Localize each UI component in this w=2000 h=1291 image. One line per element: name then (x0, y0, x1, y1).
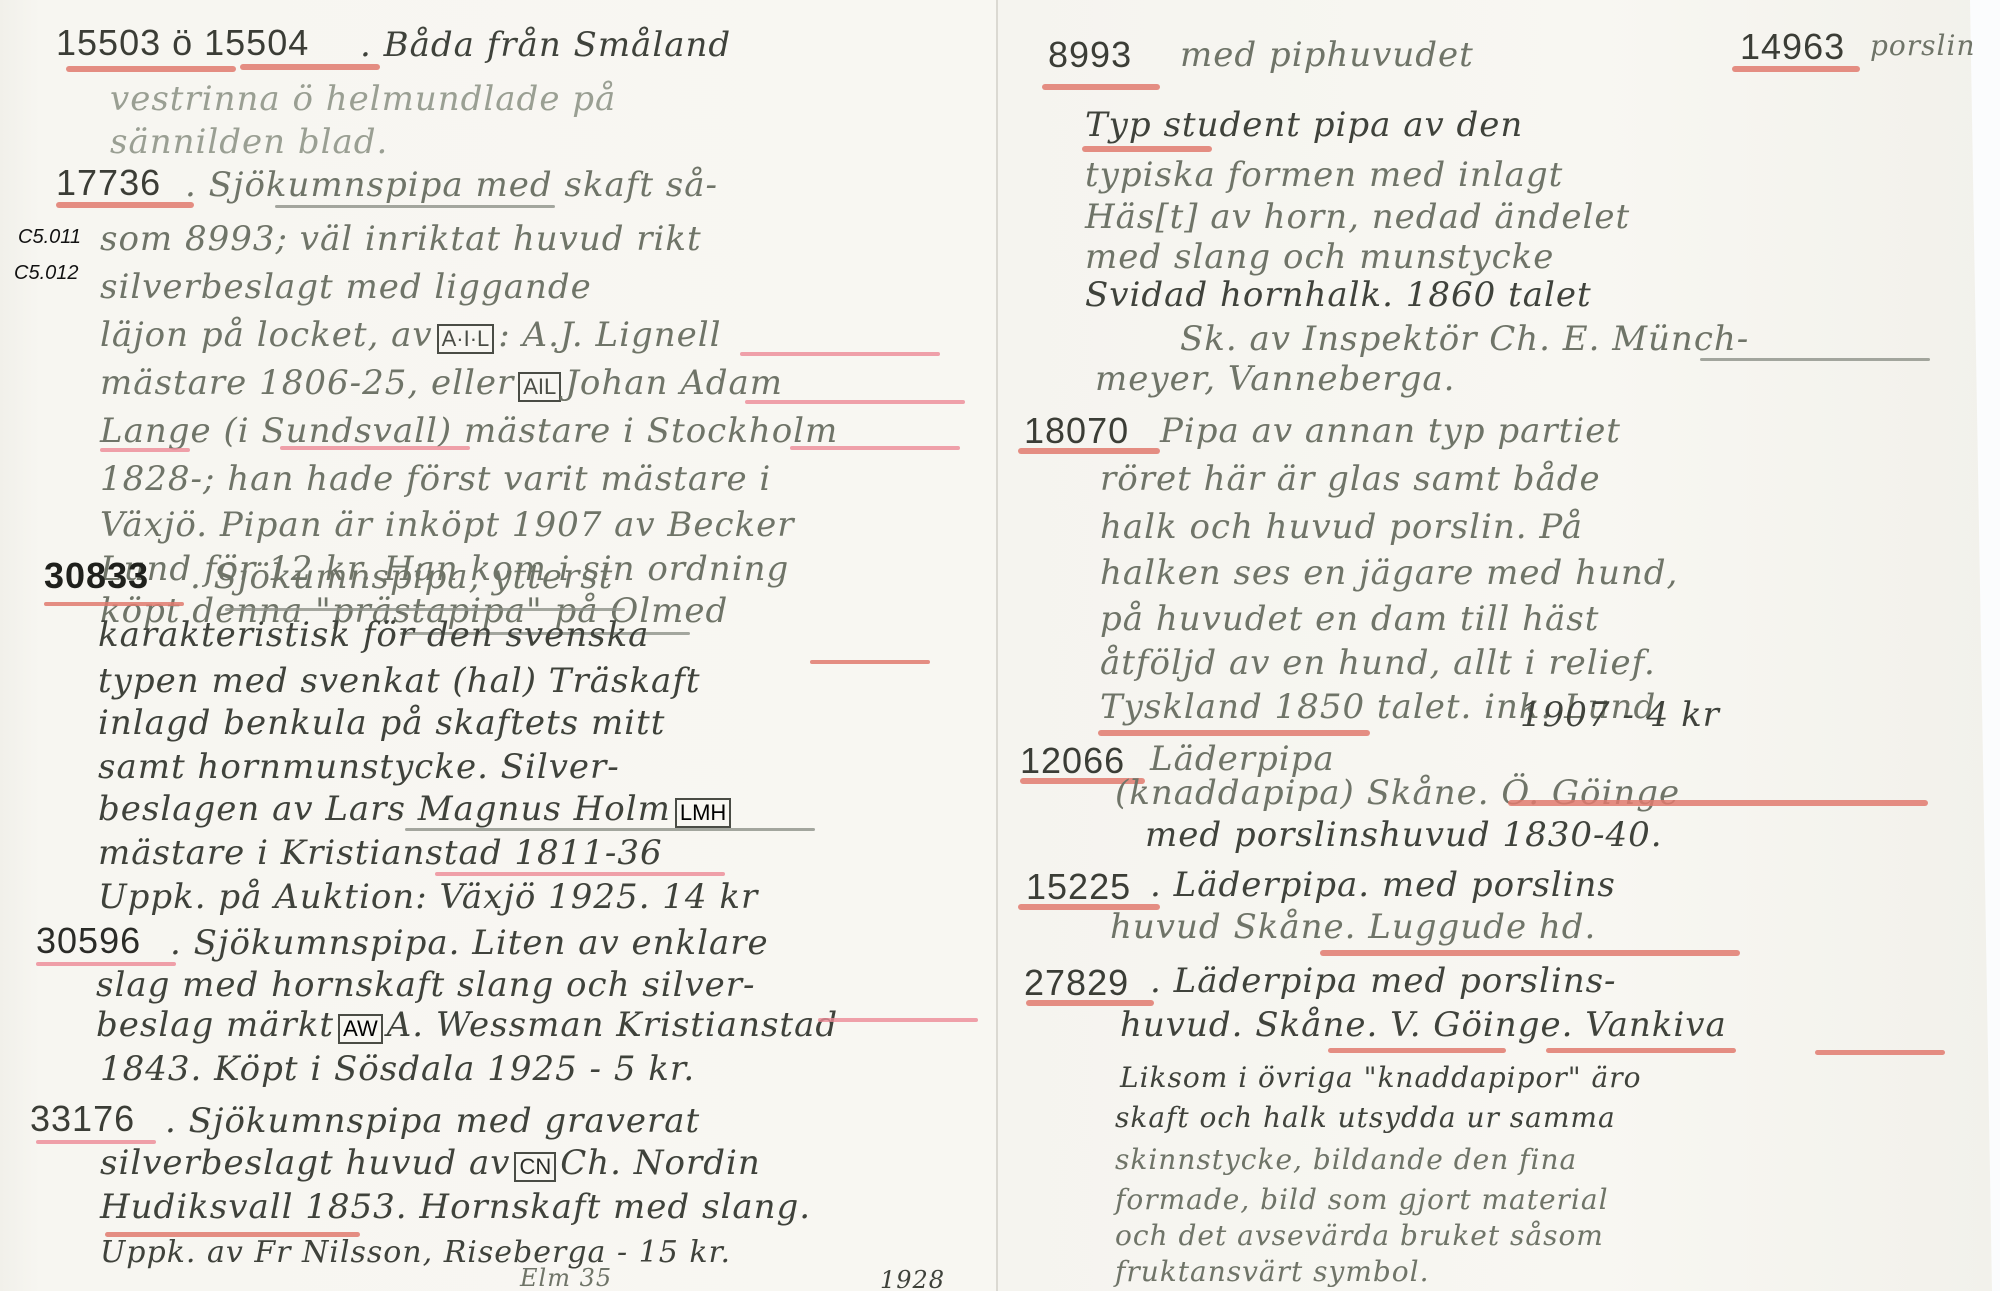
entry-text: 1843. Köpt i Sösdala 1925 - 5 kr. (100, 1052, 695, 1086)
entry-text: silverbeslagt huvud av (100, 1143, 510, 1183)
entry-text: Typ student pipa av den (1085, 108, 1523, 142)
entry-text: formade, bild som gjort material (1115, 1186, 1609, 1214)
entry-text: Johan Adam (565, 363, 783, 403)
pink-underline (818, 1018, 978, 1022)
gray-underline (275, 205, 555, 208)
red-underline (240, 64, 380, 70)
year-note: 1928 (880, 1268, 945, 1291)
entry-text: 1828-; han hade först varit mästare i (100, 462, 771, 496)
entry-text: 1907 - 4 kr (1520, 698, 1720, 732)
entry-text: karakteristisk för den svenska (98, 618, 649, 652)
entry-text: läjon på locket, av (100, 315, 433, 355)
red-underline (56, 202, 194, 208)
entry-text: : A.J. Lignell (498, 315, 721, 355)
pink-underline (745, 400, 965, 404)
entry-text: Häs[t] av horn, nedad ändelet (1085, 200, 1630, 234)
red-underline (1098, 730, 1370, 736)
entry-text: . Läderpipa med porslins- (1150, 964, 1617, 998)
entry-line: beslag märkt AW A. Wessman Kristianstad (96, 1008, 838, 1044)
entry-text: silverbeslagt med liggande (100, 270, 592, 304)
entry-text: skinnstycke, bildande den fina (1115, 1146, 1577, 1174)
entry-line: beslagen av Lars Magnus Holm LMH (98, 792, 731, 828)
red-underline (1328, 1048, 1506, 1053)
entry-text: . Sjökumnspipa, ytterst (190, 560, 613, 594)
entry-text: Pipa av annan typ partiet (1160, 414, 1621, 448)
entry-text: beslagen av Lars Magnus Holm (98, 789, 671, 829)
entry-text: beslag märkt (96, 1005, 334, 1045)
entry-text: fruktansvärt symbol. (1115, 1258, 1430, 1286)
entry-text: halken ses en jägare med hund, (1100, 556, 1678, 590)
red-underline (1082, 146, 1212, 152)
pink-underline (740, 352, 940, 356)
red-underline (1815, 1050, 1945, 1055)
entry-text: och det avsevärda bruket såsom (1115, 1222, 1604, 1250)
entry-line: läjon på locket, av A·I·L : A.J. Lignell (100, 318, 721, 354)
makers-mark: CN (514, 1152, 556, 1182)
entry-text: typiska formen med inlagt (1085, 158, 1563, 192)
entry-text: meyer, Vanneberga. (1095, 362, 1455, 396)
makers-mark: AW (338, 1014, 383, 1044)
entry-text: som 8993; väl inriktat huvud rikt (100, 222, 702, 256)
margin-code: C5.011 (18, 226, 81, 249)
makers-mark: A·I·L (437, 324, 495, 354)
entry-text: . Sjökumnspipa med graverat (165, 1104, 700, 1138)
entry-text: Uppk. på Auktion: Växjö 1925. 14 kr (98, 880, 758, 914)
entry-text: Uppk. av Fr Nilsson, Riseberga - 15 kr. (100, 1238, 731, 1268)
entry-text: Hudiksvall 1853. Hornskaft med slang. (100, 1190, 811, 1224)
entry-text: Växjö. Pipan är inköpt 1907 av Becker (100, 508, 795, 542)
red-underline (44, 602, 184, 606)
gray-underline (1700, 358, 1930, 361)
catalogue-number: 18070 (1024, 410, 1129, 452)
entry-text: med porslinshuvud 1830-40. (1145, 818, 1663, 852)
entry-text: mästare 1806-25, eller (100, 363, 514, 403)
entry-text: sännilden blad. (110, 125, 388, 159)
entry-text: A. Wessman Kristianstad (387, 1005, 838, 1045)
makers-mark: AIL (518, 372, 561, 402)
entry-line: silverbeslagt huvud av CN Ch. Nordin (100, 1146, 761, 1182)
entry-text: huvud. Skåne. V. Göinge. Vankiva (1120, 1008, 1727, 1042)
entry-text: med piphuvudet (1180, 38, 1474, 72)
red-underline (1018, 448, 1160, 454)
entry-text: huvud Skåne. Luggude hd. (1110, 910, 1596, 944)
entry-text: porslin (1870, 32, 1975, 60)
catalogue-number: 30596 (36, 920, 141, 962)
gray-underline (225, 608, 625, 611)
entry-text: Liksom i övriga "knaddapipor" äro (1120, 1064, 1641, 1092)
entry-text: Lange (i Sundsvall) mästare i Stockholm (100, 414, 838, 448)
catalogue-number: 8993 (1048, 34, 1132, 76)
entry-text: . Sjökumnspipa. Liten av enklare (170, 926, 769, 960)
entry-text: Läderpipa (1150, 742, 1335, 776)
red-underline (810, 660, 930, 664)
red-underline (66, 66, 236, 72)
page-fold (996, 0, 998, 1291)
entry-text: Ch. Nordin (560, 1143, 761, 1183)
entry-text: slag med hornskaft slang och silver- (96, 968, 756, 1002)
catalogue-number: 30833 (44, 555, 149, 597)
gray-underline (405, 828, 815, 831)
entry-text: skaft och halk utsydda ur samma (1115, 1104, 1616, 1132)
margin-code: C5.012 (14, 262, 79, 285)
entry-text: mästare i Kristianstad 1811-36 (98, 836, 663, 870)
entry-text: halk och huvud porslin. På (1100, 510, 1583, 544)
entry-text: röret här är glas samt både (1100, 462, 1601, 496)
signature-note: Elm 35 (520, 1266, 612, 1290)
catalogue-number: 14963 (1740, 26, 1845, 68)
entry-text: Svidad hornhalk. 1860 talet (1085, 278, 1592, 312)
entry-text: med slang och munstycke (1085, 240, 1554, 274)
entry-line: mästare 1806-25, eller AIL Johan Adam (100, 366, 783, 402)
pink-underline (790, 446, 960, 450)
red-underline (1546, 1048, 1736, 1053)
catalogue-number: 12066 (1020, 740, 1125, 782)
catalogue-number: 15225 (1026, 866, 1131, 908)
entry-text: Sk. av Inspektör Ch. E. Münch- (1180, 322, 1749, 356)
entry-text: på huvudet en dam till häst (1100, 602, 1599, 636)
red-underline (1508, 800, 1928, 806)
catalogue-number: 17736 (56, 162, 161, 204)
red-underline (1732, 66, 1860, 72)
entry-text: samt hornmunstycke. Silver- (98, 750, 620, 784)
entry-text: typen med svenkat (hal) Träskaft (98, 664, 701, 698)
entry-text: inlagd benkula på skaftets mitt (98, 706, 665, 740)
makers-mark: LMH (675, 798, 731, 828)
catalogue-number: 33176 (30, 1098, 135, 1140)
red-underline (1042, 84, 1160, 90)
red-underline (1320, 950, 1740, 956)
catalogue-number: 15503 ö 15504 (56, 22, 309, 64)
entry-text: åtföljd av en hund, allt i relief. (1100, 646, 1656, 680)
pink-underline (100, 448, 190, 452)
pink-underline (435, 872, 725, 876)
entry-text: . Sjökumnspipa med skaft så- (185, 168, 718, 202)
pink-underline (280, 446, 470, 450)
catalogue-number: 27829 (1024, 962, 1129, 1004)
entry-text: . Läderpipa. med porslins (1150, 868, 1616, 902)
entry-text: . Båda från Småland (360, 28, 731, 62)
entry-text: vestrinna ö helmundlade på (110, 82, 616, 116)
